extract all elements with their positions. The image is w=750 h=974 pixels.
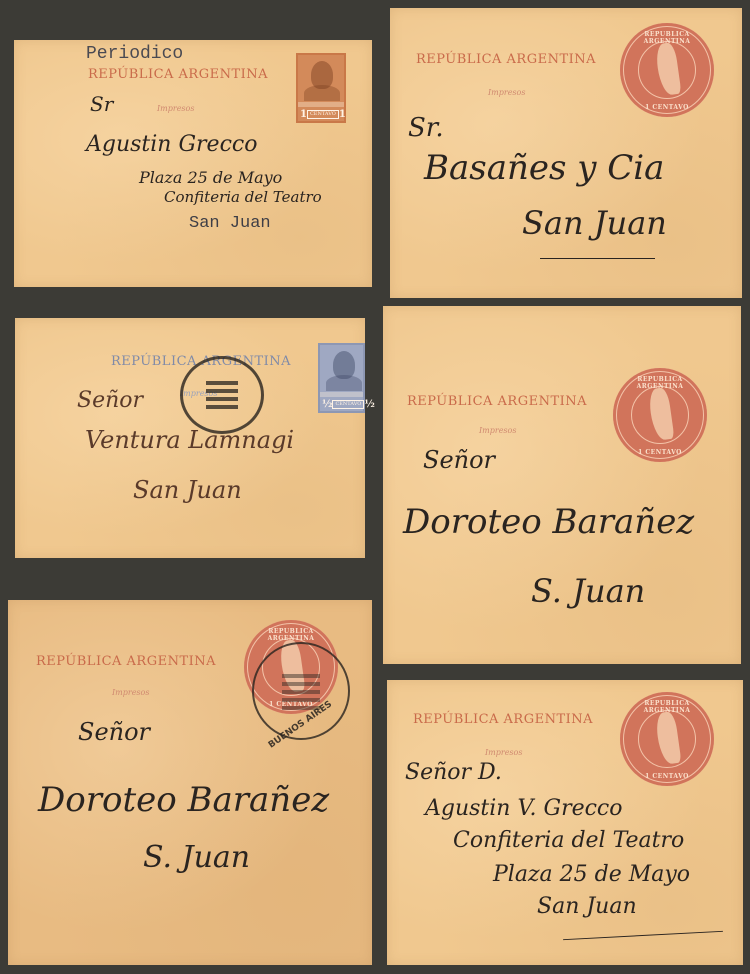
address-city: S. Juan (143, 840, 250, 875)
stamp-ring-text: REPUBLICA ARGENTINA (613, 376, 707, 390)
wrapper-baranez-1: REPÚBLICA ARGENTINA Impresos REPUBLICA A… (383, 306, 741, 664)
address-salutation: Señor (77, 388, 143, 413)
address-name: Agustin V. Grecco (425, 796, 623, 821)
heading: REPÚBLICA ARGENTINA (88, 67, 268, 82)
stamp-value: 1 (339, 109, 346, 120)
periodico-overprint: Periodico (86, 44, 183, 64)
address-name: Agustin Grecco (86, 132, 257, 157)
impresos-label: Impresos (479, 426, 516, 435)
address-name: Ventura Lamnagi (85, 426, 294, 454)
address-line: Plaza 25 de Mayo (139, 168, 282, 187)
address-salutation: Sr (90, 92, 113, 116)
underline (540, 258, 655, 259)
portrait-stamp: 1 CENTAVO 1 (296, 53, 346, 123)
impresos-label: Impresos (485, 748, 522, 757)
impresos-label: Impresos (112, 688, 149, 697)
address-salutation: Señor D. (405, 760, 502, 785)
embossed-stamp: REPUBLICA ARGENTINA 1 CENTAVO (620, 23, 714, 117)
stamp-value-label: 1 CENTAVO (620, 773, 714, 780)
address-salutation: Señor (423, 446, 495, 474)
address-city: S. Juan (531, 572, 645, 610)
stamp-ring-text: REPUBLICA ARGENTINA (620, 31, 714, 45)
wrapper-lamnagi: REPÚBLICA ARGENTINA Impresos ½ CENTAVO ½… (15, 318, 365, 558)
address-city: San Juan (537, 894, 637, 919)
address-name: Basañes y Cia (424, 148, 664, 188)
postmark-icon (180, 356, 264, 434)
wrapper-periodico-grecco: Periodico REPÚBLICA ARGENTINA Impresos 1… (14, 40, 372, 287)
stamp-value-label: 1 CENTAVO (613, 449, 707, 456)
heading: REPÚBLICA ARGENTINA (36, 654, 216, 669)
wrapper-baranez-2: REPÚBLICA ARGENTINA Impresos REPUBLICA A… (8, 600, 372, 965)
stamp-value: 1 (300, 109, 307, 120)
address-name: Doroteo Barañez (403, 502, 694, 542)
stamp-value-label: CENTAVO (332, 400, 364, 409)
address-salutation: Señor (78, 718, 150, 746)
portrait-stamp: ½ CENTAVO ½ (318, 343, 365, 413)
typed-city: San Juan (189, 214, 271, 233)
stamp-value-label: CENTAVO (307, 110, 339, 119)
address-line: Plaza 25 de Mayo (493, 862, 690, 887)
underline (563, 931, 723, 940)
heading: REPÚBLICA ARGENTINA (407, 394, 587, 409)
address-line: Confiteria del Teatro (453, 828, 684, 853)
address-salutation: Sr. (408, 113, 444, 143)
heading: REPÚBLICA ARGENTINA (416, 52, 596, 67)
embossed-stamp: REPUBLICA ARGENTINA 1 CENTAVO (620, 692, 714, 786)
wrapper-basanes: REPÚBLICA ARGENTINA Impresos REPUBLICA A… (390, 8, 742, 298)
wrapper-grecco-2: REPÚBLICA ARGENTINA Impresos REPUBLICA A… (387, 680, 743, 965)
embossed-stamp: REPUBLICA ARGENTINA 1 CENTAVO (613, 368, 707, 462)
stamp-value: ½ (364, 399, 374, 410)
address-line: Confiteria del Teatro (164, 188, 322, 206)
impresos-label: Impresos (157, 104, 194, 113)
heading: REPÚBLICA ARGENTINA (413, 712, 593, 727)
stamp-ring-text: REPUBLICA ARGENTINA (620, 700, 714, 714)
stamp-value-label: 1 CENTAVO (620, 104, 714, 111)
stamp-ring-text: REPUBLICA ARGENTINA (244, 628, 338, 642)
address-city: San Juan (133, 476, 242, 504)
impresos-label: Impresos (488, 88, 525, 97)
stamp-value: ½ (322, 399, 332, 410)
address-name: Doroteo Barañez (38, 780, 329, 820)
address-city: San Juan (522, 204, 667, 242)
